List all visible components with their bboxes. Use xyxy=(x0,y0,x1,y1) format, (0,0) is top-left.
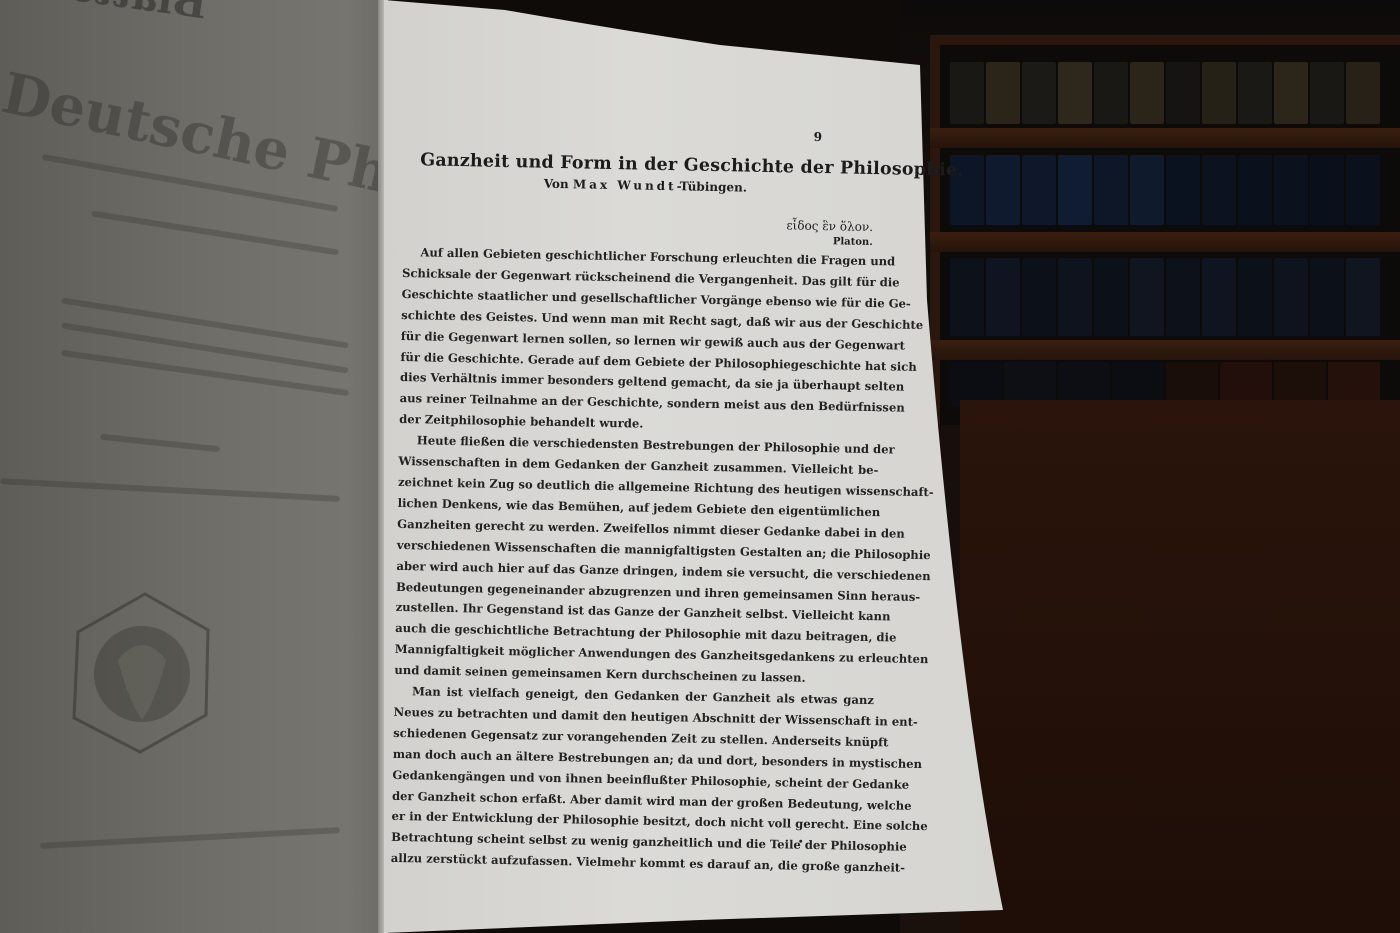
page-number: 9 xyxy=(814,130,823,144)
shelf-board xyxy=(930,128,1400,148)
shelf-board xyxy=(930,232,1400,252)
wooden-table xyxy=(960,400,1400,933)
byline-location: -Tübingen. xyxy=(677,179,748,194)
left-page-line xyxy=(91,210,339,255)
left-page-line xyxy=(0,478,340,502)
shelf-row-middle xyxy=(950,258,1380,336)
book-gutter xyxy=(378,0,388,933)
left-page-line xyxy=(61,350,349,396)
eagle-emblem-icon xyxy=(70,590,210,755)
left-page-header-text: Blätter xyxy=(47,0,210,29)
article-body: Auf allen Gebieten geschichtlicher Forsc… xyxy=(391,242,883,878)
shelf-board xyxy=(930,340,1400,360)
byline-prefix: Von xyxy=(544,177,569,191)
ink-dot xyxy=(799,840,802,843)
photo-scene: Blätter Deutsche Philosophie xyxy=(0,0,1400,933)
left-page-line xyxy=(100,434,220,453)
left-page-line xyxy=(61,297,348,348)
paragraph-2: Heute fließen die verschiedensten Bestre… xyxy=(394,430,879,690)
left-page-line xyxy=(40,827,340,849)
shelf-row-top xyxy=(950,62,1380,124)
article-page: 9 Ganzheit und Form in der Geschichte de… xyxy=(391,120,885,878)
left-page: Blätter Deutsche Philosophie xyxy=(0,0,385,933)
byline-author: Max Wundt xyxy=(573,177,677,193)
article-byline: Von Max Wundt-Tübingen. xyxy=(544,177,884,198)
article-title: Ganzheit und Form in der Geschichte der … xyxy=(420,150,884,179)
paragraph-1: Auf allen Gebieten geschichtlicher Forsc… xyxy=(399,242,883,439)
paragraph-3: Man ist vielfach geneigt, den Gedanken d… xyxy=(391,681,875,878)
shelf-row-blue xyxy=(950,155,1380,225)
left-page-line xyxy=(61,322,348,373)
